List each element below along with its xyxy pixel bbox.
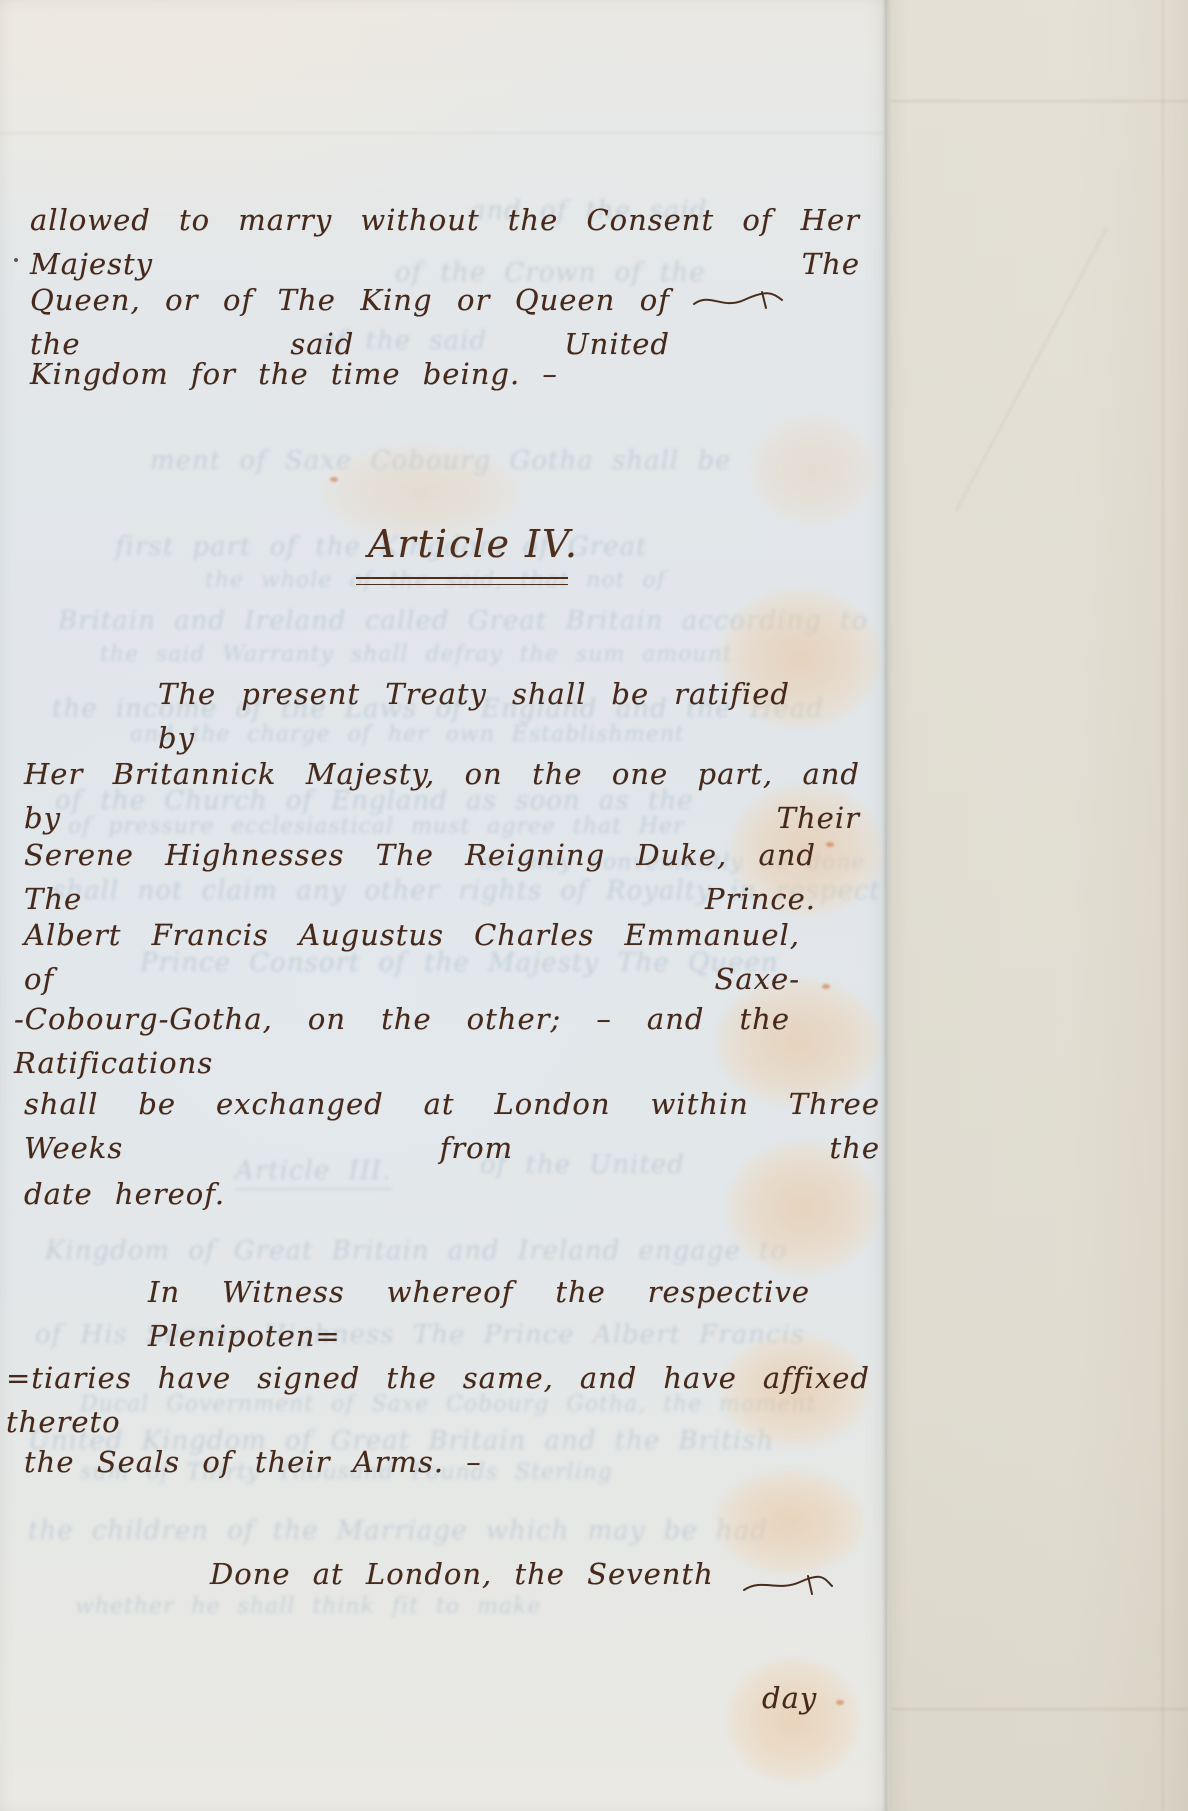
page-fold <box>882 0 892 1811</box>
bleedthrough-line: the said Warranty shall defray the sum a… <box>100 642 733 667</box>
manuscript-line: the Seals of their Arms. – <box>24 1440 482 1484</box>
manuscript-line: Done at London, the Seventh <box>210 1552 714 1596</box>
bleedthrough-line: the children of the Marriage which may b… <box>28 1516 768 1546</box>
heading-underline <box>356 577 568 585</box>
paper-crease <box>892 100 1188 102</box>
manuscript-line: In Witness whereof the respective Plenip… <box>148 1270 810 1358</box>
seal-stain <box>749 415 877 525</box>
ink-fleck <box>822 984 830 989</box>
manuscript-line: Kingdom for the time being. – <box>30 352 558 396</box>
paper-crease <box>0 132 882 134</box>
manuscript-line: Serene Highnesses The Reigning Duke, and… <box>24 833 816 921</box>
manuscript-line: day <box>762 1676 817 1720</box>
paper-crease <box>1162 0 1164 1811</box>
ink-fleck <box>826 842 834 847</box>
pen-flourish <box>742 1572 834 1602</box>
manuscript-line: shall be exchanged at London within Thre… <box>24 1082 880 1170</box>
seal-stain <box>716 1470 864 1574</box>
manuscript-line: The present Treaty shall be ratified by <box>158 672 790 760</box>
pen-flourish <box>692 288 784 318</box>
article-heading: Article IV. <box>368 522 579 566</box>
ink-dot <box>14 258 18 262</box>
manuscript-line: -Cobourg-Gotha, on the other; – and the … <box>14 997 790 1085</box>
bleedthrough-line: Kingdom of Great Britain and Ireland eng… <box>45 1236 787 1266</box>
manuscript-line: Her Britannick Majesty, on the one part,… <box>24 752 860 840</box>
bleedthrough-line: whether he shall think fit to make <box>75 1594 541 1619</box>
manuscript-line: allowed to marry without the Consent of … <box>30 198 860 286</box>
ink-fleck <box>330 477 338 482</box>
paper-crease <box>892 1708 1188 1710</box>
manuscript-line: date hereof. <box>24 1172 225 1216</box>
adjacent-page-edge <box>890 0 1188 1811</box>
ink-fleck <box>836 1700 844 1705</box>
manuscript-line: =tiaries have signed the same, and have … <box>6 1356 870 1444</box>
manuscript-line: Albert Francis Augustus Charles Emmanuel… <box>24 913 800 1001</box>
